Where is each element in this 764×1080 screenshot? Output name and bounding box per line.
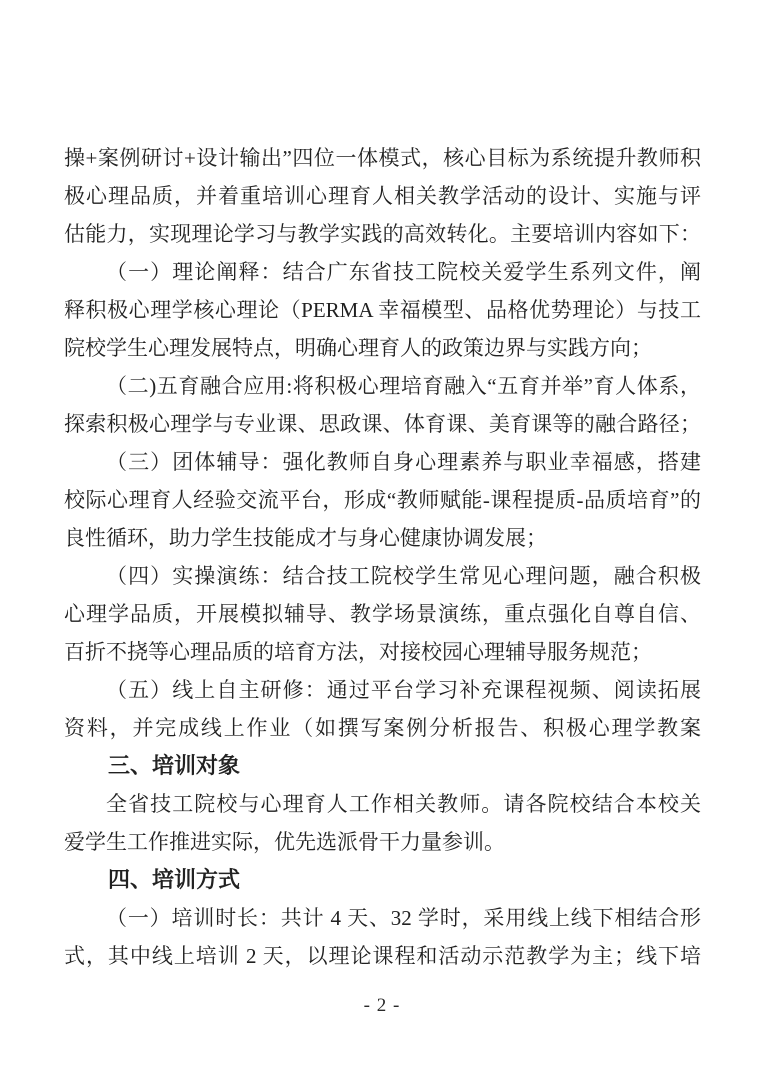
- document-page: 操+案例研讨+设计输出”四位一体模式，核心目标为系统提升教师积 极心理品质，并着…: [0, 0, 764, 1080]
- section-heading-training-method: 四、培训方式: [64, 861, 701, 899]
- body-line: 爱学生工作推进实际，优先选派骨干力量参训。: [64, 823, 701, 861]
- document-body: 操+案例研讨+设计输出”四位一体模式，核心目标为系统提升教师积 极心理品质，并着…: [64, 139, 701, 975]
- page-number: - 2 -: [0, 995, 764, 1017]
- body-line: 资料，并完成线上作业（如撰写案例分析报告、积极心理学教案等）。: [64, 709, 701, 747]
- body-line: （五）线上自主研修：通过平台学习补充课程视频、阅读拓展: [64, 671, 701, 709]
- body-line: 百折不挠等心理品质的培育方法，对接校园心理辅导服务规范；: [64, 633, 701, 671]
- body-line: 式，其中线上培训 2 天，以理论课程和活动示范教学为主；线下培: [64, 937, 701, 975]
- body-line: 释积极心理学核心理论（PERMA 幸福模型、品格优势理论）与技工: [64, 291, 701, 329]
- body-line: （四）实操演练：结合技工院校学生常见心理问题，融合积极: [64, 557, 701, 595]
- body-line: （三）团体辅导：强化教师自身心理素养与职业幸福感，搭建: [64, 443, 701, 481]
- body-line: 院校学生心理发展特点，明确心理育人的政策边界与实践方向；: [64, 329, 701, 367]
- body-line: （一）培训时长：共计 4 天、32 学时，采用线上线下相结合形: [64, 899, 701, 937]
- body-line: 探索积极心理学与专业课、思政课、体育课、美育课等的融合路径；: [64, 405, 701, 443]
- body-line: 校际心理育人经验交流平台，形成“教师赋能-课程提质-品质培育”的: [64, 481, 701, 519]
- body-line: 估能力，实现理论学习与教学实践的高效转化。主要培训内容如下：: [64, 215, 701, 253]
- body-line: 极心理品质，并着重培训心理育人相关教学活动的设计、实施与评: [64, 177, 701, 215]
- section-heading-training-target: 三、培训对象: [64, 747, 701, 785]
- body-line: 良性循环，助力学生技能成才与身心健康协调发展；: [64, 519, 701, 557]
- body-line: （二)五育融合应用:将积极心理培育融入“五育并举”育人体系，: [64, 367, 701, 405]
- body-line: （一）理论阐释：结合广东省技工院校关爱学生系列文件，阐: [64, 253, 701, 291]
- body-line: 心理学品质，开展模拟辅导、教学场景演练，重点强化自尊自信、: [64, 595, 701, 633]
- body-line: 操+案例研讨+设计输出”四位一体模式，核心目标为系统提升教师积: [64, 139, 701, 177]
- body-line: 全省技工院校与心理育人工作相关教师。请各院校结合本校关: [64, 785, 701, 823]
